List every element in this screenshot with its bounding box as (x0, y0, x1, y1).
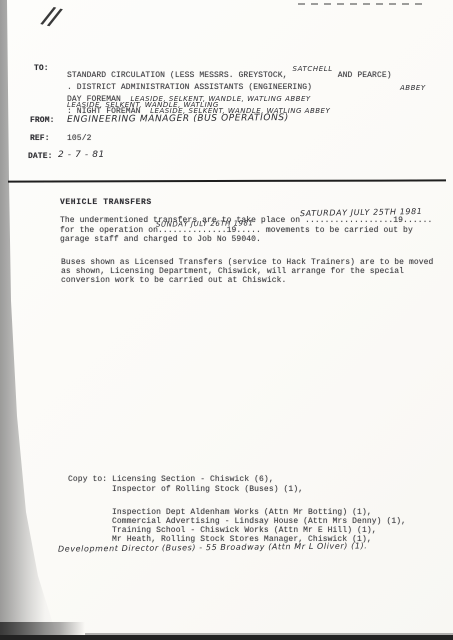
copy-to-item: Inspection Dept Aldenham Works (Attn Mr … (112, 508, 372, 517)
scanned-memo-page: // TO: STANDARD CIRCULATION (LESS MESSRS… (0, 0, 453, 640)
copy-to-label: Copy to: (68, 475, 107, 484)
date-label: DATE: (28, 152, 53, 161)
para2-line3: conversion work to be carried out at Chi… (61, 276, 286, 285)
para1-line3: garage staff and charged to Job No 59040… (60, 235, 261, 244)
to-line-1-handwriting: SATCHELL (293, 65, 333, 73)
scan-artifact-top-dashes (298, 3, 426, 5)
ref-value: 105/2 (67, 134, 92, 143)
handwritten-corner-mark: // (39, 1, 63, 30)
scan-shadow-left-edge (0, 0, 60, 640)
scan-edge-bottom-line (85, 633, 453, 635)
scan-edge-bottom (0, 635, 453, 640)
from-handwriting: ENGINEERING MANAGER (BUS OPERATIONS) (67, 113, 289, 125)
header-divider-rule (8, 179, 446, 183)
date-handwriting: 2 - 7 - 81 (58, 150, 105, 160)
para2-line2: as shown, Licensing Department, Chiswick… (61, 267, 404, 276)
copy-to-item: Inspector of Rolling Stock (Buses) (1), (112, 485, 303, 494)
from-label: FROM: (30, 116, 55, 125)
to-line-2-handwriting-wrap: ABBEY (400, 84, 426, 92)
para2-line1: Buses shown as Licensed Transfers (servi… (61, 258, 433, 267)
copy-to-item: Commercial Advertising - Lindsay House (… (112, 517, 406, 526)
memo-heading: VEHICLE TRANSFERS (60, 198, 152, 207)
copy-to-handwritten-item: Development Director (Buses) - 55 Broadw… (58, 541, 368, 553)
ref-label: REF: (30, 134, 50, 143)
para1-line2-handwriting: SUNDAY JULY 26TH 1981 (156, 219, 253, 228)
copy-to-item: Training School - Chiswick Works (Attn M… (112, 526, 377, 535)
to-label: TO: (34, 64, 49, 73)
copy-to-item: Licensing Section - Chiswick (6), (112, 475, 274, 484)
